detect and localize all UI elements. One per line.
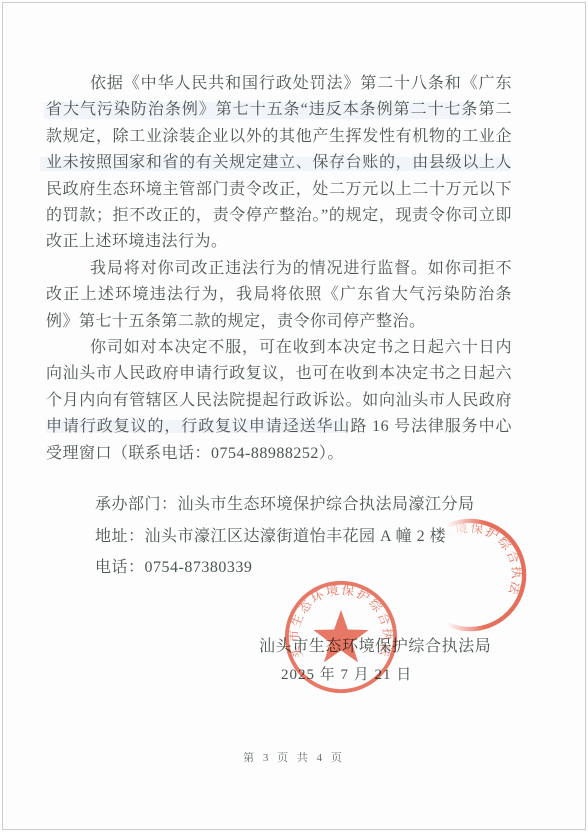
contact-block: 承办部门：汕头市生态环境保护综合执法局濠江分局 地址：汕头市濠江区达濠街道怡丰花… <box>95 489 475 584</box>
contact-address: 地址：汕头市濠江区达濠街道怡丰花园 A 幢 2 楼 <box>95 521 475 553</box>
paragraph-supervision: 我局将对你司改正违法行为的情况进行监督。如你司拒不改正上述环境违法行为，我局将依… <box>46 256 512 335</box>
page-number: 第 3 页 共 4 页 <box>0 749 588 765</box>
signature-date: 2025 年 7 月 21 日 <box>281 663 412 684</box>
document-body: 依据《中华人民共和国行政处罚法》第二十八条和《广东省大气污染防治条例》第七十五条… <box>46 71 512 467</box>
signature-agency: 汕头市生态环境保护综合执法局 <box>259 633 491 656</box>
paragraph-legal-basis: 依据《中华人民共和国行政处罚法》第二十八条和《广东省大气污染防治条例》第七十五条… <box>46 71 512 256</box>
paragraph-appeal-rights: 你司如对本决定不服，可在收到本决定书之日起六十日内向汕头市人民政府申请行政复议，… <box>46 335 512 467</box>
contact-phone: 电话：0754-87380339 <box>95 552 475 584</box>
contact-department: 承办部门：汕头市生态环境保护综合执法局濠江分局 <box>95 489 475 521</box>
scanned-document-page: 依据《中华人民共和国行政处罚法》第二十八条和《广东省大气污染防治条例》第七十五条… <box>0 0 588 832</box>
